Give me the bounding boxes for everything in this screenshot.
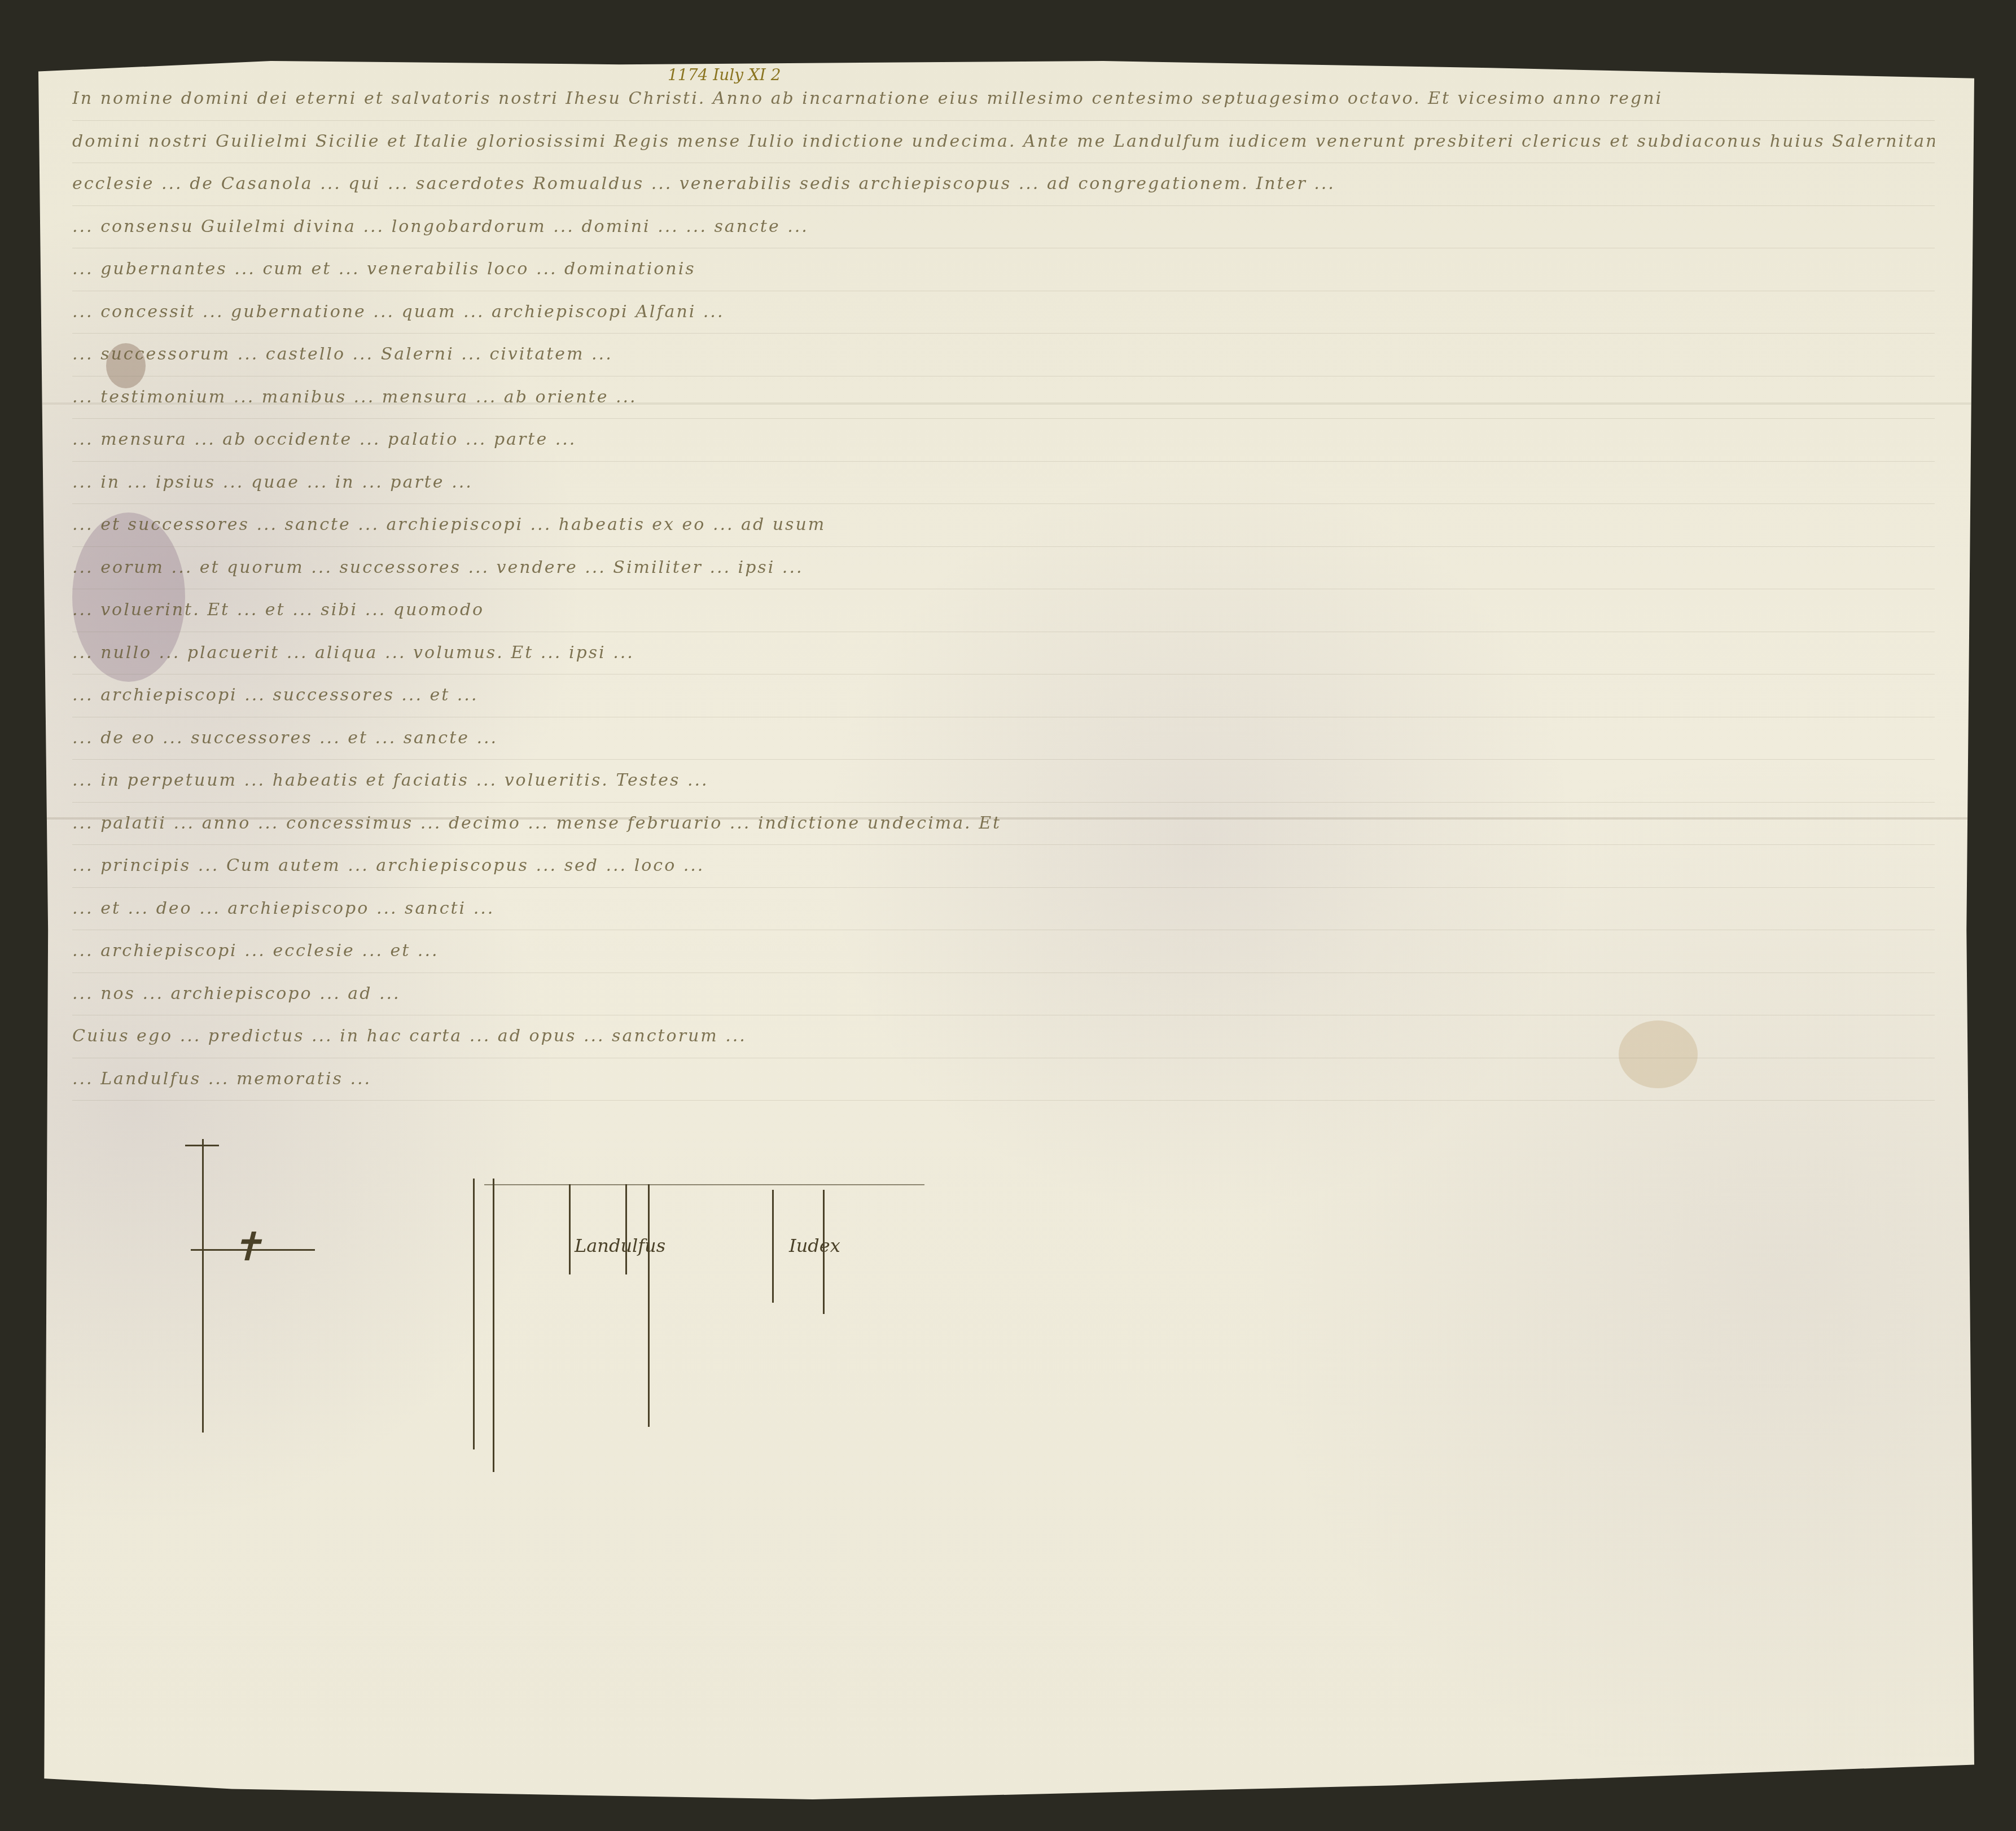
text-line: domini nostri Guilielmi Sicilie et Itali… [72, 121, 1935, 164]
charter-text: In nomine domini dei eterni et salvatori… [72, 78, 1935, 1101]
signature-stroke [493, 1179, 494, 1472]
signature-iudex: Iudex [789, 1235, 840, 1256]
cross-signum-vertical [202, 1139, 204, 1433]
text-line: ... in perpetuum ... habeatis et faciati… [72, 760, 1935, 803]
text-line: ... de eo ... successores ... et ... san… [72, 717, 1935, 760]
text-line: ... successorum ... castello ... Salerni… [72, 334, 1935, 376]
text-line: ... concessit ... gubernatione ... quam … [72, 291, 1935, 334]
signature-landulfus: Landulfus [575, 1235, 665, 1256]
text-line: ... et successores ... sancte ... archie… [72, 504, 1935, 547]
text-line: ... mensura ... ab occidente ... palatio… [72, 419, 1935, 462]
signature-stroke [473, 1179, 475, 1449]
text-line: ... archiepiscopi ... ecclesie ... et ..… [72, 930, 1935, 973]
text-line: ... et ... deo ... archiepiscopo ... san… [72, 888, 1935, 931]
text-line: ... in ... ipsius ... quae ... in ... pa… [72, 462, 1935, 505]
text-line: ... Landulfus ... memoratis ... [72, 1058, 1935, 1101]
text-line: ... testimonium ... manibus ... mensura … [72, 376, 1935, 419]
signature-stroke [648, 1184, 650, 1427]
text-line: ... principis ... Cum autem ... archiepi… [72, 845, 1935, 888]
signature-stroke [569, 1184, 571, 1274]
cross-signum-top [185, 1145, 219, 1146]
text-line: ... nullo ... placuerit ... aliqua ... v… [72, 632, 1935, 675]
text-line: ... voluerint. Et ... et ... sibi ... qu… [72, 589, 1935, 632]
signature-stroke [625, 1184, 627, 1274]
text-line: Cuius ego ... predictus ... in hac carta… [72, 1015, 1935, 1058]
text-line: ... archiepiscopi ... successores ... et… [72, 674, 1935, 717]
text-line: ... consensu Guilelmi divina ... longoba… [72, 206, 1935, 249]
text-line: ecclesie ... de Casanola ... qui ... sac… [72, 163, 1935, 206]
signature-block: ✝ Landulfus Iudex [179, 1128, 970, 1523]
signature-stroke [772, 1190, 774, 1303]
text-line: ... palatii ... anno ... concessimus ...… [72, 803, 1935, 846]
text-line: ... gubernantes ... cum et ... venerabil… [72, 248, 1935, 291]
text-line: ... eorum ... et quorum ... successores … [72, 547, 1935, 590]
parchment-charter: 1174 Iuly XI 2 In nomine domini dei eter… [38, 61, 1974, 1799]
text-line: ... nos ... archiepiscopo ... ad ... [72, 973, 1935, 1016]
signature-rule [484, 1184, 924, 1185]
monogram-signum: ✝ [230, 1224, 264, 1270]
text-line: In nomine domini dei eterni et salvatori… [72, 78, 1935, 121]
